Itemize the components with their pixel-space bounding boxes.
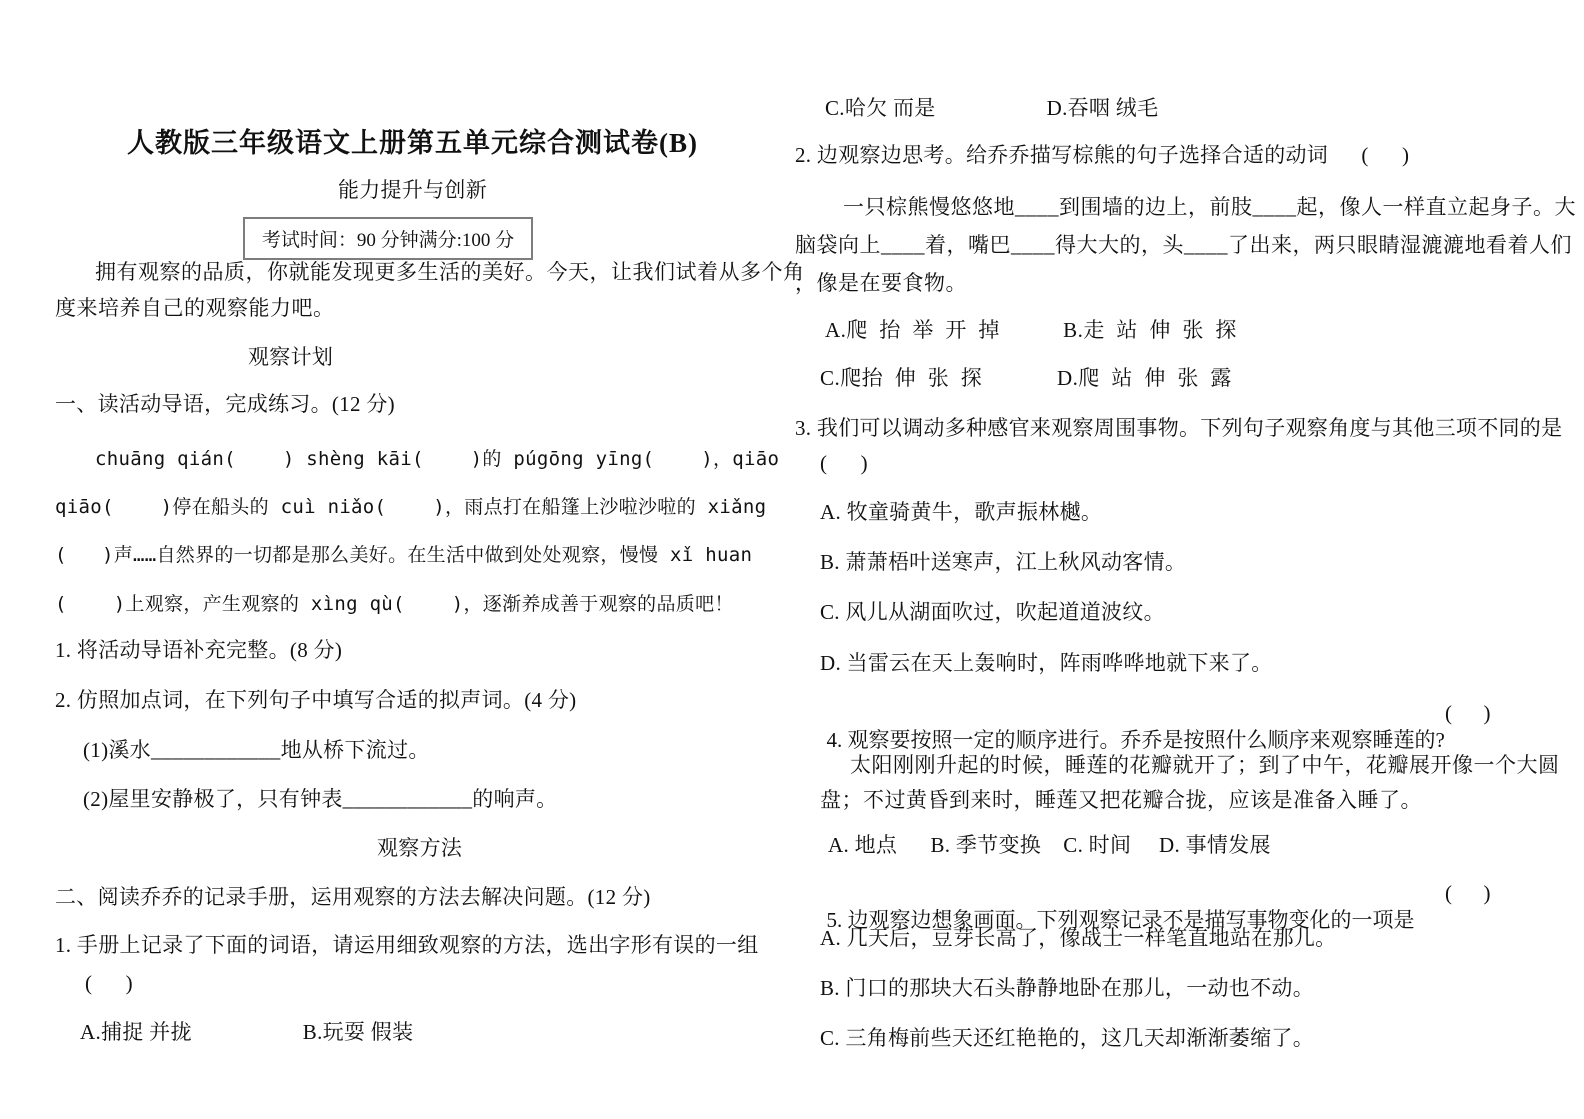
test-paper-page: 人教版三年级语文上册第五单元综合测试卷(B) 能力提升与创新 考试时间：90 分… — [0, 0, 1584, 1119]
question-5-answer-paren: ( ) — [1445, 880, 1491, 907]
bear-passage-line-2: 脑袋向上____着，嘴巴____得大大的，头____了出来，两只眼睛湿漉漉地看着… — [795, 232, 1572, 259]
question-2-heading: 二、阅读乔乔的记录手册，运用观察的方法去解决问题。(12 分) — [55, 884, 651, 911]
exam-info-text: 考试时间：90 分钟满分:100 分 — [262, 225, 514, 252]
exam-info-box: 考试时间：90 分钟满分:100 分 — [243, 217, 533, 260]
right-column: C.哈欠 而是 D.吞咽 绒毛 2. 边观察边思考。给乔乔描写棕熊的句子选择合适… — [795, 0, 1540, 1119]
question-2-options-cd: C.爬抬 伸 张 探 D.爬 站 伸 张 露 — [820, 365, 1232, 392]
fill-blank-2: (2)屋里安静极了，只有钟表____________的响声。 — [83, 786, 558, 813]
question-5-option-c: C. 三角梅前些天还红艳艳的，这几天却渐渐萎缩了。 — [820, 1025, 1314, 1052]
paper-subtitle: 能力提升与创新 — [55, 177, 770, 204]
intro-line-2: 度来培养自己的观察能力吧。 — [55, 295, 335, 322]
left-column: 人教版三年级语文上册第五单元综合测试卷(B) 能力提升与创新 考试时间：90 分… — [55, 0, 770, 1119]
question-2-text: 2. 边观察边思考。给乔乔描写棕熊的句子选择合适的动词 ( ) — [795, 142, 1409, 169]
section2-q1-options-ab: A.捕捉 并拢 B.玩耍 假装 — [80, 1019, 413, 1046]
lotus-passage-line-2: 盘；不过黄昏到来时，睡莲又把花瓣合拢，应该是准备入睡了。 — [820, 787, 1422, 814]
question-2-options-ab: A.爬 抬 举 开 掉 B.走 站 伸 张 探 — [825, 317, 1237, 344]
question-3-text: 3. 我们可以调动多种感官来观察周围事物。下列句子观察角度与其他三项不同的是 — [795, 415, 1562, 442]
question-3-option-b: B. 萧萧梧叶送寒声，江上秋风动客情。 — [820, 549, 1186, 576]
section-plan-heading: 观察计划 — [248, 344, 333, 371]
sub-question-1: 1. 将活动导语补充完整。(8 分) — [55, 637, 342, 664]
pinyin-line-4: ( )上观察，产生观察的 xìng qù( )，逐渐养成善于观察的品质吧！ — [55, 591, 734, 618]
question-3-option-a: A. 牧童骑黄牛，歌声振林樾。 — [820, 499, 1102, 526]
question-1-heading: 一、读活动导语，完成练习。(12 分) — [55, 391, 395, 418]
section2-q1-text: 1. 手册上记录了下面的词语，请运用细致观察的方法，选出字形有误的一组 — [55, 932, 759, 959]
bear-passage-line-1: 一只棕熊慢悠悠地____到围墙的边上，前肢____起，像人一样直立起身子。大 — [843, 194, 1576, 221]
sub-question-2: 2. 仿照加点词，在下列句子中填写合适的拟声词。(4 分) — [55, 687, 576, 714]
pinyin-line-3: ( )声……自然界的一切都是那么美好。在生活中做到处处观察，慢慢 xǐ huan — [55, 542, 752, 569]
bear-passage-line-3: ，像是在要食物。 — [795, 270, 967, 297]
fill-blank-1: (1)溪水____________地从桥下流过。 — [83, 737, 430, 764]
pinyin-line-1: chuāng qián( ) shèng kāi( )的 púgōng yīng… — [95, 446, 779, 473]
lotus-passage-line-1: 太阳刚刚升起的时候，睡莲的花瓣就开了；到了中午，花瓣展开像一个大圆 — [850, 752, 1560, 779]
pinyin-line-2: qiāo( )停在船头的 cuì niǎo( )，雨点打在船篷上沙啦沙啦的 xi… — [55, 494, 766, 521]
question-4-options: A. 地点 B. 季节变换 C. 时间 D. 事情发展 — [828, 832, 1271, 859]
section-method-heading: 观察方法 — [377, 835, 462, 862]
question-5-option-b: B. 门口的那块大石头静静地卧在那儿，一动也不动。 — [820, 975, 1314, 1002]
section2-q1-options-cd: C.哈欠 而是 D.吞咽 绒毛 — [825, 95, 1158, 122]
intro-line-1: 拥有观察的品质，你就能发现更多生活的美好。今天，让我们试着从多个角 — [95, 259, 805, 286]
question-3-option-c: C. 风儿从湖面吹过，吹起道道波纹。 — [820, 599, 1165, 626]
section2-q1-answer-paren: ( ) — [85, 970, 133, 997]
question-3-answer-paren: ( ) — [820, 450, 868, 477]
question-5-option-a: A. 几天后，豆芽长高了，像战士一样笔直地站在那儿。 — [820, 925, 1336, 952]
question-4-answer-paren: ( ) — [1445, 700, 1491, 727]
question-3-option-d: D. 当雷云在天上轰响时，阵雨哗哗地就下来了。 — [820, 650, 1273, 677]
question-4-text: 4. 观察要按照一定的顺序进行。乔乔是按照什么顺序来观察睡莲的? — [827, 728, 1445, 752]
paper-title: 人教版三年级语文上册第五单元综合测试卷(B) — [55, 130, 770, 157]
